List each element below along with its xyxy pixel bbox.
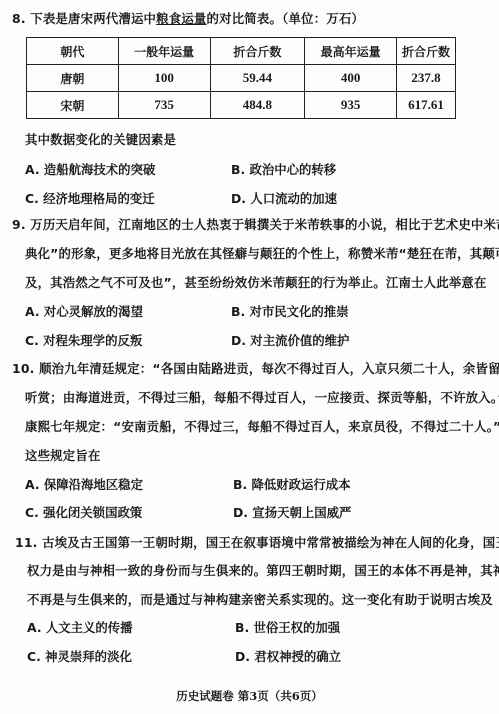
q9-stem-line-3: 及，其浩然之气不可及也”，甚至纷纷效仿米芾颠狂的行为举止。江南士人此举意在 [25,275,487,291]
q8-option-c[interactable]: C. 经济地理格局的变迁 [25,191,155,207]
table-row: 宋朝 735 484.8 935 617.61 [27,92,456,119]
q8-stem-suffix: 的对比简表。（单位：万石） [207,11,364,26]
q11-stem-line-3: 不再是与生俱来的，而是通过与神构建亲密关系实现的。这一变化有助于说明古埃及 [27,592,493,608]
page-footer: 历史试题卷 第3页（共6页） [0,688,499,704]
q11-option-c[interactable]: C. 神灵崇拜的淡化 [27,649,132,665]
table-cell: 59.44 [210,65,305,92]
q10-stem-line-3: 康熙七年规定：“安南贡船，不得过三，每船不得过百人，来京员役，不得过二十人。” [25,419,499,435]
q11-stem-line-2: 权力是由与神相一致的身份而与生俱来的。第四王朝时期，国王的本体不再是神，其神性 [27,563,499,579]
q9-option-d[interactable]: D. 对主流价值的维护 [231,333,349,349]
table-cell-dynasty: 唐朝 [27,65,119,92]
table-header-cell: 折合斤数 [397,38,456,65]
q11-option-d[interactable]: D. 君权神授的确立 [235,649,341,665]
q8-question: 其中数据变化的关键因素是 [25,132,176,148]
table-cell: 735 [118,92,210,119]
q9-option-b[interactable]: B. 对市民文化的推崇 [231,304,349,320]
table-header-cell: 朝代 [27,38,119,65]
q10-stem-line-1: 10. 顺治九年清廷规定：“各国由陆路进贡，每次不得过百人，入京只须二十人，余皆… [12,361,499,377]
q8-stem-prefix: 8. 下表是唐宋两代漕运中 [12,11,156,26]
q9-stem-line-2: 典化”的形象，更多地将目光放在其怪癖与颠狂的个性上，称赞米芾“楚狂在芾，其颠可 [25,246,499,262]
q8-option-d[interactable]: D. 人口流动的加速 [231,191,337,207]
q9-option-c[interactable]: C. 对程朱理学的反叛 [25,333,142,349]
q10-option-b[interactable]: B. 降低财政运行成本 [233,477,351,493]
q8-option-a[interactable]: A. 造船航海技术的突破 [25,162,155,178]
table-cell: 935 [305,92,397,119]
q9-stem-line-1: 9. 万历天启年间，江南地区的士人热衷于辑撰关于米芾轶事的小说，相比于艺术史中米… [12,217,499,233]
q11-option-b[interactable]: B. 世俗王权的加强 [235,620,340,636]
q10-stem-line-2: 听赏；由海道进贡，不得过三船，每船不得过百人，一应接贡、探贡等船，不许放入。” [25,390,499,406]
table-cell-dynasty: 宋朝 [27,92,119,119]
q8-stem-underlined: 粮食运量 [156,11,206,26]
q10-stem-line-4: 这些规定旨在 [25,448,101,464]
q10-option-a[interactable]: A. 保障沿海地区稳定 [25,477,143,493]
q11-option-a[interactable]: A. 人文主义的传播 [27,620,133,636]
table-cell: 100 [118,65,210,92]
table-cell: 237.8 [397,65,456,92]
q8-option-b[interactable]: B. 政治中心的转移 [231,162,336,178]
table-header-cell: 折合斤数 [210,38,305,65]
table-row: 唐朝 100 59.44 400 237.8 [27,65,456,92]
table-header-cell: 最高年运量 [305,38,397,65]
q10-option-d[interactable]: D. 宣扬天朝上国威严 [233,505,351,521]
q8-table: 朝代 一般年运量 折合斤数 最高年运量 折合斤数 唐朝 100 59.44 40… [26,37,456,119]
table-header-cell: 一般年运量 [118,38,210,65]
q10-option-c[interactable]: C. 强化闭关锁国政策 [25,505,142,521]
q11-stem-line-1: 11. 古埃及古王国第一王朝时期，国王在叙事语境中常常被描绘为神在人间的化身，国… [15,535,499,551]
q9-option-a[interactable]: A. 对心灵解放的渴望 [25,304,143,320]
table-cell: 400 [305,65,397,92]
exam-page: 8. 下表是唐宋两代漕运中粮食运量的对比简表。（单位：万石） 朝代 一般年运量 … [0,0,499,714]
table-cell: 617.61 [397,92,456,119]
table-header-row: 朝代 一般年运量 折合斤数 最高年运量 折合斤数 [27,38,456,65]
table-cell: 484.8 [210,92,305,119]
q8-stem: 8. 下表是唐宋两代漕运中粮食运量的对比简表。（单位：万石） [12,11,364,27]
